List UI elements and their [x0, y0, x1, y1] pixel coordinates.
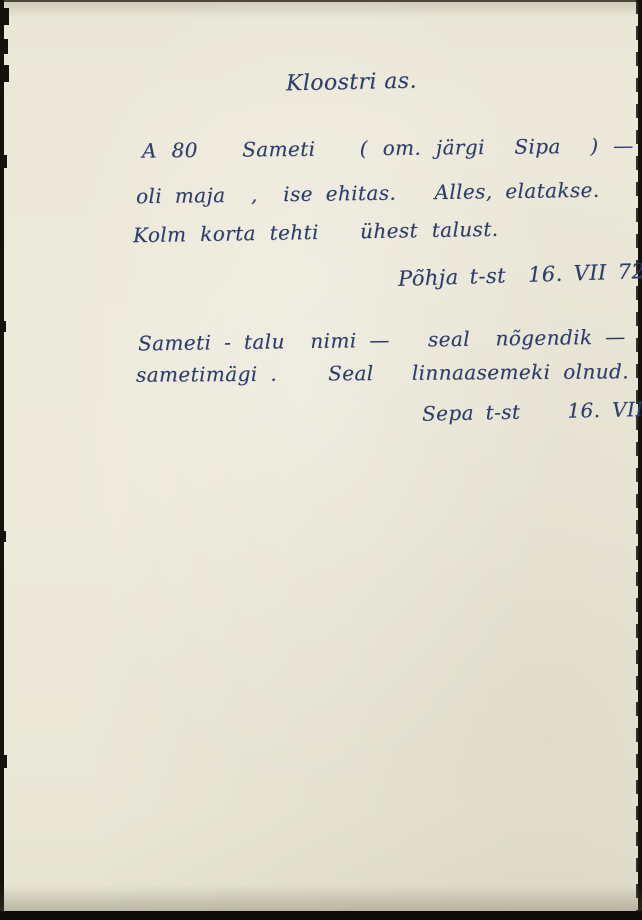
note2-line2: sametimägi . Seal linnaasemeki olnud. — [136, 359, 629, 386]
scanned-manuscript-page: Kloostri as. A 80 Sameti ( om. järgi Sip… — [0, 0, 642, 920]
scan-edge-left — [0, 0, 4, 920]
scan-edge-bottom-shadow — [0, 885, 642, 911]
note2-line1: Sameti - talu nimi — seal nõgendik — — [138, 325, 626, 356]
note1-line3: Kolm korta tehti ühest talust. — [133, 217, 499, 247]
page-heading: Kloostri as. — [286, 69, 417, 97]
note1-line2: oli maja , ise ehitas. Alles, elatakse. — [136, 178, 600, 208]
scan-edge-left-marks — [0, 8, 9, 25]
scan-edge-right-fray — [636, 0, 639, 920]
scan-edge-bottom — [0, 911, 642, 920]
note2-source-attribution: Sepa t-st 16. VII 72 — [422, 396, 642, 425]
note1-source-attribution: Põhja t-st 16. VII 72 — [398, 259, 642, 291]
scan-edge-top-shadow — [0, 2, 642, 18]
note1-line1: A 80 Sameti ( om. järgi Sipa ) — — [142, 133, 634, 162]
